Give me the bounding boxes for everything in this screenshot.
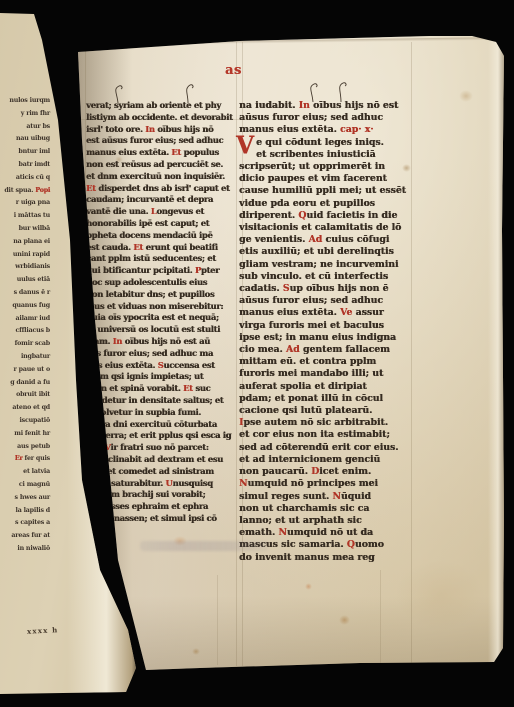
text-line: eius et viduas non miserebitur:	[86, 301, 236, 313]
text-line: na plana ei	[0, 236, 50, 249]
ink-text: i māttas tu	[14, 212, 50, 219]
ink-text: caudam; incurvantē et depra	[86, 194, 213, 204]
ink-text: bur wilbā	[19, 225, 50, 232]
ink-text: r uiga pna	[16, 199, 50, 206]
ink-text: umquid nō ut da	[287, 527, 373, 538]
text-line: manus eius extēta. Et populus	[86, 147, 236, 159]
rubric-text: In	[113, 336, 122, 346]
ink-text: cadatis.	[239, 283, 283, 294]
ink-text: ongevus et	[156, 206, 204, 216]
ink-text: cuius cōfugi	[322, 234, 389, 245]
ink-text: isrl' toto ore.	[86, 124, 145, 134]
text-line: furoris mei mandabo illi; ut	[239, 368, 411, 380]
ink-text: eius et viduas non miserebitur:	[86, 301, 223, 311]
text-line: ci magnū	[0, 479, 50, 492]
ink-text: cant pplm istū seducentes; et	[86, 253, 216, 263]
rubric-text: D	[311, 466, 319, 477]
ink-text: hoc sup adolescentulis eius	[86, 277, 207, 287]
text-line: ciam. In oībus hijs nō est aū	[86, 336, 236, 348]
ink-text: mi fenit hr	[14, 430, 50, 437]
text-line: na iudabit. In oībus hijs nō est	[239, 100, 411, 112]
text-line: cause humiliū ppli mei; ut essēt	[239, 185, 411, 197]
ink-text: la lapilis d	[16, 507, 50, 514]
ink-text: nusquisq	[172, 478, 212, 488]
text-line: mittam eū. et contra pplm	[239, 356, 411, 368]
text-line: bur wilbā	[0, 223, 50, 236]
text-line: uulus etiā	[0, 274, 50, 287]
ink-text: auferat spolia et diripiat	[239, 381, 367, 392]
ink-text: non ut charchamis sic ca	[239, 503, 369, 514]
text-line: est cauda. Et erunt qui beatifi	[86, 242, 236, 254]
ink-text: icet enim.	[319, 466, 371, 477]
text-line: simul reges sunt. Nūquid	[239, 491, 411, 503]
text-line: et universū os locutū est stulti	[86, 324, 236, 336]
rubric-text: N	[239, 478, 248, 489]
text-line: lanno; et ut arphath sic	[239, 515, 411, 527]
text-line: cant pplm istū seducentes; et	[86, 253, 236, 265]
text-line: aūsus furor eius; sed adhuc	[239, 112, 411, 124]
rubric-text: Ad	[308, 234, 322, 245]
ink-text: cffliacus b	[16, 327, 50, 334]
ink-text: do invenit manus mea reg	[239, 552, 375, 563]
text-line: visitacionis et calamitatis de lō	[239, 222, 411, 234]
text-line: non letabitur dns; et pupillos	[86, 289, 236, 301]
ink-text: manus eius extēta.	[239, 124, 340, 135]
text-line: obruit ibit	[0, 389, 50, 402]
ink-text: uccensa est	[163, 360, 214, 370]
ink-text: sub vinculo. et cū interfectis	[239, 271, 388, 282]
ink-text: unini rapid	[13, 251, 50, 258]
text-line: sed ad cōterendū erit cor eius.	[239, 442, 411, 454]
text-line: wrbidianis	[0, 261, 50, 274]
faint-inscription	[140, 541, 268, 551]
text-line: emath. Numquid nō ut da	[239, 527, 411, 539]
text-line: gliam vestram; ne incurvemini	[239, 259, 411, 271]
ink-text: manus eius extēta.	[86, 147, 171, 157]
right-text-column: na iudabit. In oībus hijs nō estaūsus fu…	[239, 100, 411, 564]
ink-text: im manassen; et simul ipsi cō	[86, 513, 217, 523]
ink-text: scripserūt; ut opprimerēt in	[239, 161, 385, 172]
text-line: s capites a	[0, 517, 50, 530]
ink-text: cio mea.	[239, 344, 286, 355]
text-line: cadatis. Sup oībus hijs non ē	[239, 283, 411, 295]
ink-text: aus petub	[17, 443, 50, 450]
text-line: Er fer quis	[0, 453, 50, 466]
ink-text: na plana ei	[13, 238, 50, 245]
text-line: s danus ē r	[0, 287, 50, 300]
text-line: non ut charchamis sic ca	[239, 503, 411, 515]
ink-text: areas fur at	[11, 532, 50, 539]
ink-text: riet; et comedet ad sinistram	[86, 466, 214, 476]
text-line: diriperent. Quid facietis in die	[239, 210, 411, 222]
ink-text: et nō saturabitur.	[86, 478, 165, 488]
ink-text: non letabitur dns; et pupillos	[86, 289, 214, 299]
text-line: manus eius extēta. cap· x·	[239, 124, 411, 136]
text-line: batr imdt	[0, 159, 50, 172]
ink-text: manus eius extēta.	[239, 307, 340, 318]
text-line: ipse est; in manu eius indigna	[239, 332, 411, 344]
ink-text: ira dni exercituū cōturbata	[95, 419, 216, 429]
ink-text: diriperent.	[239, 210, 298, 221]
text-line: do invenit manus mea reg	[239, 552, 411, 564]
rubric-text: Q	[347, 539, 355, 550]
left-text-column: verat; syriam ab oriente et phylistiym a…	[86, 100, 236, 525]
text-line: aus petub	[0, 441, 50, 454]
rubric-text: cap· x·	[340, 124, 373, 135]
ink-text: ateno et qd	[12, 404, 50, 411]
text-line: nus eius extēta. Succensa est	[86, 360, 236, 372]
text-line: et latvia	[0, 466, 50, 479]
ink-text: e qui cōdunt leges iniqs.	[256, 137, 384, 148]
ink-text: et declinabit ad dextram et esu	[86, 454, 223, 464]
text-line: g danid a fu	[0, 377, 50, 390]
text-line: Ipse autem nō sic arbitrabit.	[239, 417, 411, 429]
text-line: y rim fhr	[0, 108, 50, 121]
ink-text: uomo	[355, 539, 384, 550]
facing-page-text-fragments: nulos iurqmy rim fhratur bsnau uibugbntu…	[0, 95, 50, 556]
ink-text: listiym ab occidente. et devorabit	[86, 112, 233, 122]
text-line: s hwes aur	[0, 492, 50, 505]
text-line: verat; syriam ab oriente et phy	[86, 100, 236, 112]
text-line: et scribentes iniusticiā	[239, 149, 411, 161]
ink-text: ir fratri suo nō parcet:	[110, 442, 208, 452]
ink-text: aūsus furor eius; sed adhuc	[239, 112, 383, 123]
text-line: etis auxiliū; et ubi derelinqtis	[239, 246, 411, 258]
text-line: et dnm exercituū non inquisiēr.	[86, 171, 236, 183]
ink-text: cacione qsi lutū platearū.	[239, 405, 372, 416]
ink-text: obruit ibit	[16, 391, 50, 398]
ink-text: et cor eius non ita estimabit;	[239, 429, 390, 440]
text-line: quia oīs ypocrita est et nequā;	[86, 312, 236, 324]
text-line: im manassen; et simul ipsi cō	[86, 513, 236, 525]
ink-text: aticis cū q	[16, 174, 50, 181]
text-line: est terra; et erit pplus qsi esca ig	[86, 430, 236, 442]
ink-text: g danid a fu	[10, 379, 50, 386]
ink-text: ge venientis.	[239, 234, 308, 245]
ink-text: nau uibug	[16, 135, 50, 142]
text-line: aticis cū q	[0, 172, 50, 185]
text-line: virga furoris mei et baculus	[239, 320, 411, 332]
ink-text: gliam vestram; ne incurvemini	[239, 259, 398, 270]
ink-text: virga furoris mei et baculus	[239, 320, 384, 331]
manuscript-photo: nulos iurqmy rim fhratur bsnau uibugbntu…	[0, 0, 514, 707]
text-line: cacione qsi lutū platearū.	[239, 405, 411, 417]
text-line: Et disperdet dns ab isrl' caput et	[86, 183, 236, 195]
text-line: cendetur in densitate saltus; et	[86, 395, 236, 407]
rubric-text: Et	[133, 242, 143, 252]
ink-text: verat; syriam ab oriente et phy	[86, 100, 221, 110]
ink-text: vidue pda eoru et pupillos	[239, 198, 375, 209]
text-line: non paucarū. Dicet enim.	[239, 466, 411, 478]
text-line: qui btificantur pcipitati. Ppter	[86, 265, 236, 277]
ink-text: vantē die una.	[86, 206, 151, 216]
rubric-text: Ve	[340, 307, 352, 318]
text-line: nis. Vir fratri suo nō parcet:	[86, 442, 236, 454]
text-line: aūsus furor eius; sed adhuc	[239, 295, 411, 307]
ink-text: na iudabit.	[239, 100, 299, 111]
ink-text: et dnm exercituū non inquisiēr.	[86, 171, 225, 181]
ink-text: bntur iml	[18, 148, 50, 155]
text-line: et cor eius non ita estimabit;	[239, 429, 411, 441]
text-line: vidue pda eoru et pupillos	[239, 198, 411, 210]
rubric-text: In	[145, 124, 154, 134]
ink-text: lanno; et ut arphath sic	[239, 515, 362, 526]
text-line: caudam; incurvantē et depra	[86, 194, 236, 206]
text-line: listiym ab occidente. et devorabit	[86, 112, 236, 124]
rubric-text: N	[332, 491, 341, 502]
text-line: areas fur at	[0, 530, 50, 543]
text-line: non est reūsus ad percuciēt se.	[86, 159, 236, 171]
rubric-text: Et	[171, 147, 181, 157]
ink-text: pse autem nō sic arbitrabit.	[243, 417, 388, 428]
text-line: pren et spinā vorabit. Et suc	[86, 383, 236, 395]
text-line: dicio paupes et vim facerent	[239, 173, 411, 185]
text-line: est aūsus furor eius; sed adhuc	[86, 135, 236, 147]
text-line: ge venientis. Ad cuius cōfugi	[239, 234, 411, 246]
text-line: carnem brachij sui vorabit;	[86, 489, 236, 501]
ink-text: et scribentes iniusticiā	[256, 149, 375, 160]
text-line: et declinabit ad dextram et esu	[86, 454, 236, 466]
ink-text: up oībus hijs non ē	[289, 283, 388, 294]
text-line: pdam; et ponat illū in cōcul	[239, 393, 411, 405]
text-line: honorabilis ipē est caput; et	[86, 218, 236, 230]
text-line: dit spua. Popi	[0, 185, 50, 198]
ink-text: s hwes aur	[15, 494, 50, 501]
text-line: atur bs	[0, 121, 50, 134]
text-line: et nō saturabitur. Unusquisq	[86, 478, 236, 490]
ink-text: suc	[193, 383, 211, 393]
ink-text: oībus hijs nō est aū	[122, 336, 210, 346]
ink-text: ci magnū	[19, 481, 50, 488]
text-line: cffliacus b	[0, 325, 50, 338]
ink-text: manasses ephraim et ephra	[86, 501, 208, 511]
ink-text: ppheta docens mendaciū ipē	[86, 230, 212, 240]
text-line: hoc sup adolescentulis eius	[86, 277, 236, 289]
text-line: nulos iurqm	[0, 95, 50, 108]
ink-text: nulos iurqm	[9, 97, 50, 104]
text-line: cōvolvetur in supbia fumi.	[86, 407, 236, 419]
text-line: enim qsi ignis impietas; ut	[86, 371, 236, 383]
text-line: mi fenit hr	[0, 428, 50, 441]
ink-text: non est reūsus ad percuciēt se.	[86, 159, 223, 169]
text-line: i māttas tu	[0, 210, 50, 223]
ink-text: honorabilis ipē est caput; et	[86, 218, 209, 228]
ink-text: s capites a	[15, 519, 50, 526]
ink-text: oībus hijs nō	[155, 124, 214, 134]
ink-text: cendetur in densitate saltus; et	[86, 395, 223, 405]
rubric-text: Et	[183, 383, 193, 393]
rubric-text: In	[299, 100, 310, 111]
ink-text: aūsus furor eius; sed adhuc	[239, 295, 383, 306]
text-line: ailamr iud	[0, 313, 50, 326]
ink-text: disperdet dns ab isrl' caput et	[96, 183, 230, 193]
text-line: r uiga pna	[0, 197, 50, 210]
text-line: ppheta docens mendaciū ipē	[86, 230, 236, 242]
text-line: in niwaliō	[0, 543, 50, 556]
ink-text: et universū os locutū est stulti	[86, 324, 220, 334]
ink-text: fer quis	[22, 455, 50, 462]
ink-text: ciam.	[86, 336, 113, 346]
ink-text: simul reges sunt.	[239, 491, 332, 502]
rubric-text: Ad	[286, 344, 300, 355]
text-line: et ad internicionem genciū	[239, 454, 411, 466]
ink-text: dit spua.	[4, 187, 35, 194]
ink-text: iscupatiō	[19, 417, 50, 424]
ink-text: qui btificantur pcipitati.	[86, 265, 195, 275]
ink-text: batr imdt	[19, 161, 50, 168]
ink-text: est aūsus furor eius; sed adhuc	[86, 135, 223, 145]
text-line: iscupatiō	[0, 415, 50, 428]
text-line: auferat spolia et diripiat	[239, 381, 411, 393]
ink-text: in niwaliō	[17, 545, 50, 552]
ink-text: carnem brachij sui vorabit;	[86, 489, 205, 499]
ink-text: fomir scab	[15, 340, 50, 347]
ink-text: visitacionis et calamitatis de lō	[239, 222, 401, 233]
ink-text: uulus etiā	[17, 276, 50, 283]
text-line: isrl' toto ore. In oībus hijs nō	[86, 124, 236, 136]
ink-text: pdam; et ponat illū in cōcul	[239, 393, 383, 404]
ink-text: et latvia	[23, 468, 50, 475]
text-line: nau uibug	[0, 133, 50, 146]
text-line: r paue ut o	[0, 364, 50, 377]
ink-text: wrbidianis	[15, 263, 50, 270]
ink-text: non paucarū.	[239, 466, 311, 477]
text-line: sub vinculo. et cū interfectis	[239, 271, 411, 283]
ink-text: populus	[181, 147, 219, 157]
ink-text: ūquid	[341, 491, 371, 502]
ink-text: est terra; et erit pplus qsi esca ig	[86, 430, 231, 440]
ink-text: sed ad cōterendū erit cor eius.	[239, 442, 398, 453]
ink-text: furoris mei mandabo illi; ut	[239, 368, 383, 379]
ink-text: etis auxiliū; et ubi derelinqtis	[239, 246, 394, 257]
text-line: vantē die una. Longevus et	[86, 206, 236, 218]
ink-text: enim qsi ignis impietas; ut	[86, 371, 203, 381]
ink-text: r paue ut o	[14, 366, 50, 373]
quire-signature: xxxx h	[27, 625, 59, 636]
ink-text: uia oīs ypocrita est et nequā;	[92, 312, 219, 322]
text-line: Numquid nō principes mei	[239, 478, 411, 490]
ink-text: nus eius extēta.	[86, 360, 158, 370]
ink-text: est cauda.	[86, 242, 133, 252]
ink-text: erunt qui beatifi	[143, 242, 218, 252]
text-line: bntur iml	[0, 146, 50, 159]
text-line: ateno et qd	[0, 402, 50, 415]
ink-text: ailamr iud	[16, 315, 51, 322]
text-line: cio mea. Ad gentem fallacem	[239, 344, 411, 356]
rubric-text: N	[278, 527, 287, 538]
text-line: unini rapid	[0, 249, 50, 262]
ink-text: mittam eū. et contra pplm	[239, 356, 376, 367]
ink-text: cōvolvetur in supbia fumi.	[86, 407, 201, 417]
ink-text: quanus fug	[12, 302, 50, 309]
ink-text: nis.	[86, 442, 104, 452]
text-line: manasses ephraim et ephra	[86, 501, 236, 513]
ink-text: oībus hijs nō est	[310, 100, 398, 111]
ink-text: s danus ē r	[14, 289, 50, 296]
ink-text: ingbatur	[21, 353, 50, 360]
ink-text: ipse est; in manu eius indigna	[239, 332, 396, 343]
text-line: manus eius extēta. Ve assur	[239, 307, 411, 319]
ink-text: emath.	[239, 527, 278, 538]
text-line: ingbatur	[0, 351, 50, 364]
ink-text: dicio paupes et vim facerent	[239, 173, 387, 184]
ink-text: y rim fhr	[21, 110, 50, 117]
text-line: fomir scab	[0, 338, 50, 351]
ink-text: pter	[201, 265, 219, 275]
ink-text: cause humiliū ppli mei; ut essēt	[239, 185, 406, 196]
text-line: e qui cōdunt leges iniqs.	[239, 137, 411, 149]
rubric-text: Et	[86, 183, 96, 193]
rubric-text: q	[86, 312, 92, 322]
ink-text: et ad internicionem genciū	[239, 454, 380, 465]
ink-text: umquid nō principes mei	[248, 478, 378, 489]
text-line: In ira dni exercituū cōturbata	[86, 419, 236, 431]
text-line: quanus fug	[0, 300, 50, 313]
ink-text: gentem fallacem	[300, 344, 390, 355]
rubric-text: In	[86, 419, 95, 429]
rubric-text: Popi	[35, 187, 50, 194]
text-line: sus furor eius; sed adhuc ma	[86, 348, 236, 360]
ink-text: assur	[352, 307, 383, 318]
text-line: riet; et comedet ad sinistram	[86, 466, 236, 478]
ink-text: pren et spinā vorabit.	[86, 383, 183, 393]
ink-text: uid facietis in die	[306, 210, 397, 221]
text-line: la lapilis d	[0, 505, 50, 518]
ink-text: atur bs	[26, 123, 50, 130]
text-line: scripserūt; ut opprimerēt in	[239, 161, 411, 173]
ink-text: sus furor eius; sed adhuc ma	[86, 348, 213, 358]
